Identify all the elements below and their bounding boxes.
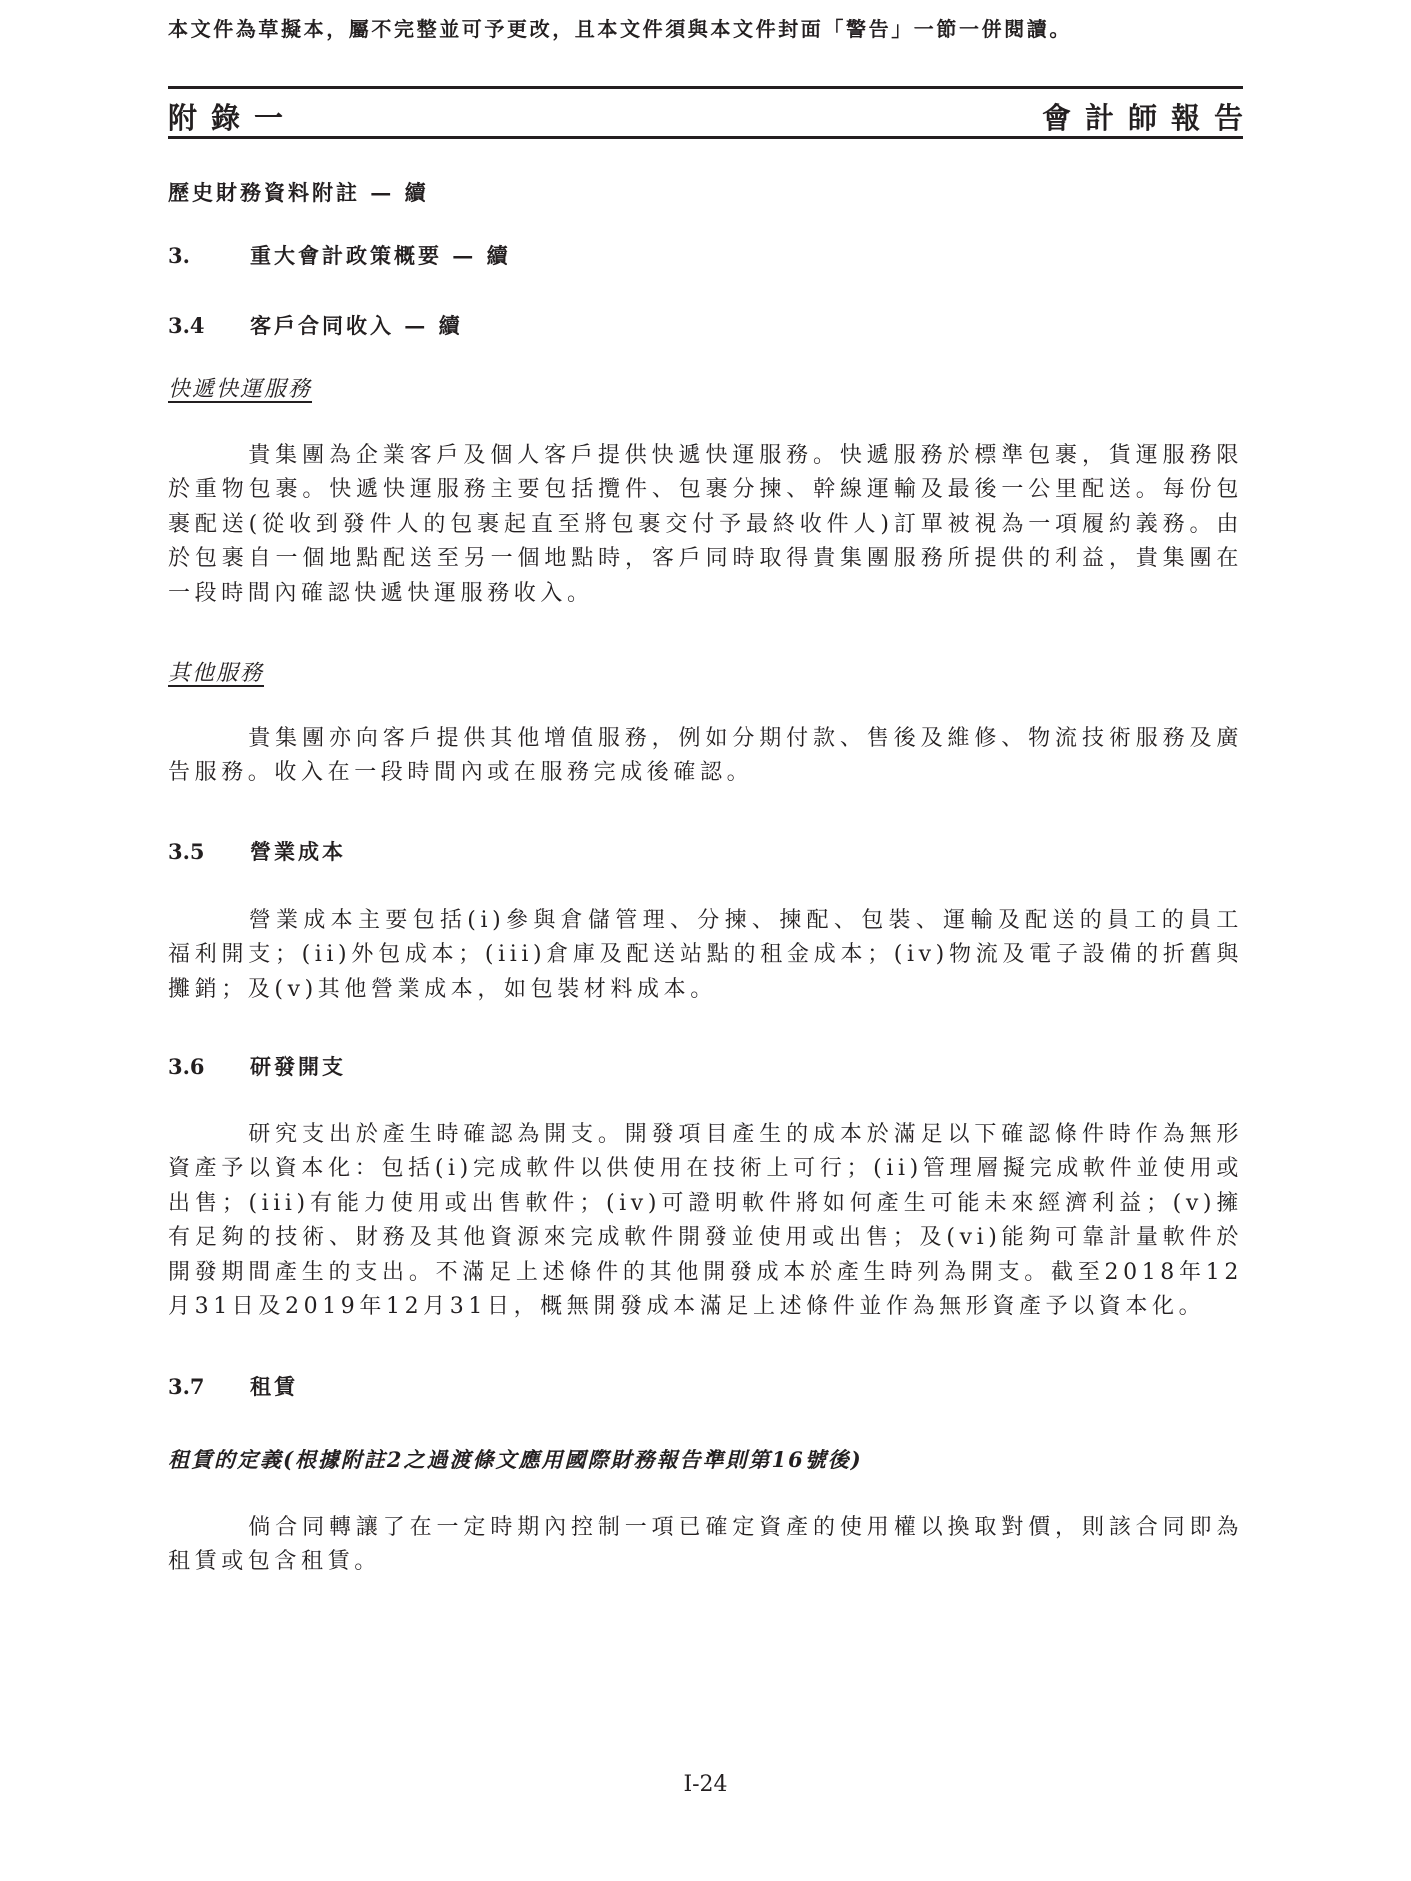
subheading-express: 快遞快運服務 [168,372,312,403]
subheading-lease-definition: 租賃的定義(根據附註2之過渡條文應用國際財務報告準則第16號後) [168,1444,863,1474]
paragraph-text: 倘合同轉讓了在一定時期內控制一項已確定資產的使用權以換取對價，則該合同即為租賃或… [168,1515,1243,1574]
heading-3: 3.重大會計政策概要 — 續 [168,240,511,270]
paragraph-express: 貴集團為企業客戶及個人客戶提供快遞快運服務。快遞服務於標準包裹，貨運服務限於重物… [168,439,1243,611]
heading-3-6: 3.6研發開支 [168,1051,346,1081]
heading-3-5: 3.5營業成本 [168,836,346,866]
heading-3-7: 3.7租賃 [168,1371,298,1401]
heading-text: 客戶合同收入 — 續 [250,313,463,338]
page-number: I-24 [0,1772,1411,1797]
draft-warning: 本文件為草擬本，屬不完整並可予更改，且本文件須與本文件封面「警告」一節一併閱讀。 [168,13,1072,42]
paragraph-lease: 倘合同轉讓了在一定時期內控制一項已確定資產的使用權以換取對價，則該合同即為租賃或… [168,1511,1243,1580]
appendix-title: 附錄一 [168,96,297,137]
report-title: 會計師報告 [1042,96,1257,137]
heading-number: 3.4 [168,313,250,338]
heading-number: 3. [168,243,250,268]
heading-3-4: 3.4客戶合同收入 — 續 [168,310,463,340]
heading-text: 營業成本 [250,839,346,864]
heading-number: 3.6 [168,1054,250,1079]
heading-text: 重大會計政策概要 — 續 [250,243,511,268]
paragraph-cost: 營業成本主要包括(i)參與倉儲管理、分揀、揀配、包裝、運輸及配送的員工的員工福利… [168,904,1243,1007]
paragraph-text: 研究支出於產生時確認為開支。開發項目產生的成本於滿足以下確認條件時作為無形資產予… [168,1122,1243,1319]
paragraph-text: 貴集團亦向客戶提供其他增值服務，例如分期付款、售後及維修、物流技術服務及廣告服務… [168,726,1243,785]
header-top-rule [168,86,1243,89]
paragraph-other: 貴集團亦向客戶提供其他增值服務，例如分期付款、售後及維修、物流技術服務及廣告服務… [168,722,1243,791]
subheading-other: 其他服務 [168,656,264,687]
section-title: 歷史財務資料附註 — 續 [168,177,429,207]
heading-number: 3.7 [168,1374,250,1399]
paragraph-rnd: 研究支出於產生時確認為開支。開發項目產生的成本於滿足以下確認條件時作為無形資產予… [168,1118,1243,1324]
paragraph-text: 貴集團為企業客戶及個人客戶提供快遞快運服務。快遞服務於標準包裹，貨運服務限於重物… [168,443,1243,606]
header-bottom-rule [168,136,1243,139]
heading-number: 3.5 [168,839,250,864]
paragraph-text: 營業成本主要包括(i)參與倉儲管理、分揀、揀配、包裝、運輸及配送的員工的員工福利… [168,908,1243,1002]
heading-text: 租賃 [250,1374,298,1399]
heading-text: 研發開支 [250,1054,346,1079]
